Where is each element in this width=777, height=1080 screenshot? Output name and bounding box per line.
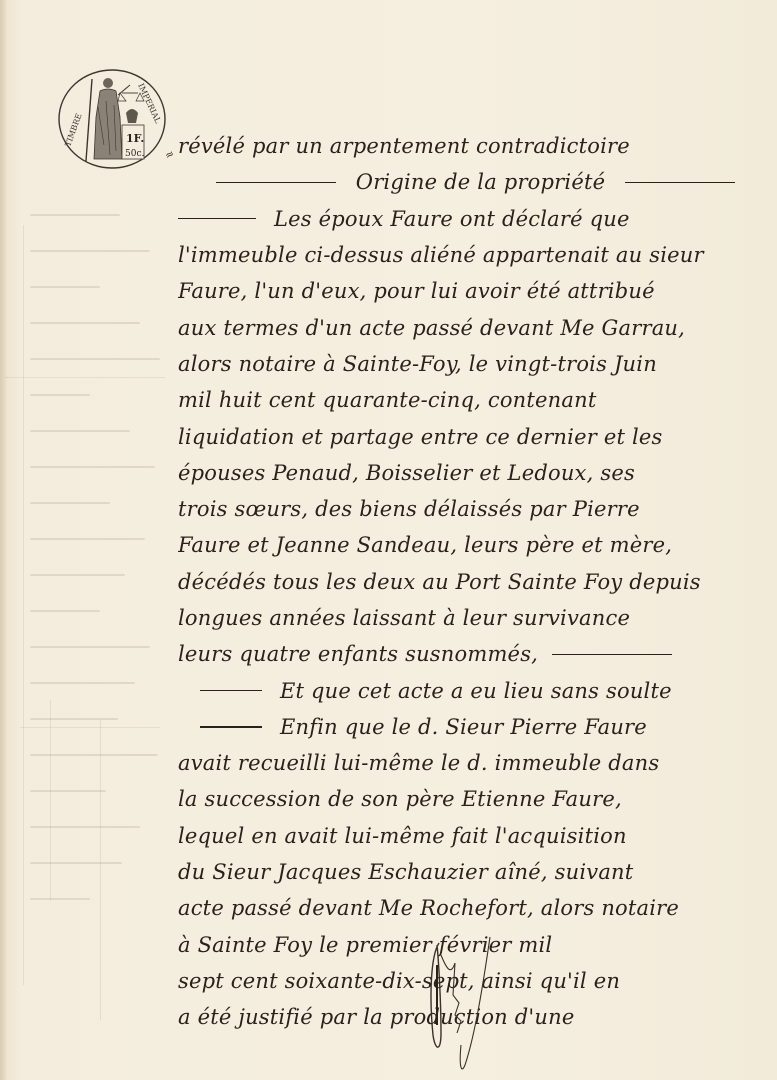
- text-line: révélé par un arpentement contradictoire: [178, 128, 773, 164]
- line-text: Faure et Jeanne Sandeau, leurs père et m…: [178, 527, 672, 563]
- stamp-value-centimes: 50c.: [125, 149, 144, 159]
- line-text: mil huit cent quarante-cinq, contenant: [178, 382, 596, 418]
- faint-rule: [100, 720, 101, 1020]
- stamp-value-francs: 1F.: [126, 132, 144, 145]
- faint-rule: [50, 700, 51, 900]
- stamp-seal-icon: TIMBRE IMPERIAL 1F. 50c.: [56, 67, 168, 171]
- line-text: avait recueilli lui-même le d. immeuble …: [178, 745, 659, 781]
- line-text: aux termes d'un acte passé devant Me Gar…: [178, 310, 685, 346]
- line-text: Enfin que le d. Sieur Pierre Faure: [280, 709, 647, 745]
- signature-paraph: [425, 925, 505, 1070]
- stamp-text-imperial: IMPERIAL: [136, 82, 163, 125]
- text-line: décédés tous les deux au Port Sainte Foy…: [178, 564, 773, 600]
- text-line: Faure et Jeanne Sandeau, leurs père et m…: [178, 527, 773, 563]
- text-line: épouses Penaud, Boisselier et Ledoux, se…: [178, 455, 773, 491]
- line-text: la succession de son père Etienne Faure,: [178, 781, 622, 817]
- dash-rule: [552, 654, 672, 656]
- heading-text: Origine de la propriété: [356, 164, 605, 200]
- dash-rule: [625, 182, 735, 184]
- line-text: sept cent soixante-dix-sept, ainsi qu'il…: [178, 963, 620, 999]
- faint-rule: [5, 377, 165, 378]
- text-line: la succession de son père Etienne Faure,: [178, 781, 773, 817]
- line-text: Et que cet acte a eu lieu sans soulte: [280, 673, 672, 709]
- line-text: révélé par un arpentement contradictoire: [178, 128, 630, 164]
- text-line: alors notaire à Sainte-Foy, le vingt-tro…: [178, 346, 773, 382]
- line-text: Les époux Faure ont déclaré que: [274, 201, 630, 237]
- section-heading: Origine de la propriété: [178, 164, 773, 200]
- text-line: liquidation et partage entre ce dernier …: [178, 418, 773, 454]
- text-line: Faure, l'un d'eux, pour lui avoir été at…: [178, 273, 773, 309]
- line-text: du Sieur Jacques Eschauzier aîné, suivan…: [178, 854, 633, 890]
- line-text: épouses Penaud, Boisselier et Ledoux, se…: [178, 455, 635, 491]
- text-line: acte passé devant Me Rochefort, alors no…: [178, 890, 773, 926]
- line-text: acte passé devant Me Rochefort, alors no…: [178, 890, 679, 926]
- line-text: longues années laissant à leur survivanc…: [178, 600, 630, 636]
- line-text: a été justifié par la production d'une: [178, 999, 574, 1035]
- faint-rule: [20, 727, 160, 728]
- line-text: l'immeuble ci-dessus aliéné appartenait …: [178, 237, 704, 273]
- handwritten-text-body: révélé par un arpentement contradictoire…: [178, 128, 773, 1035]
- text-line: trois sœurs, des biens délaissés par Pie…: [178, 491, 773, 527]
- text-line: avait recueilli lui-même le d. immeuble …: [178, 745, 773, 781]
- text-line: l'immeuble ci-dessus aliéné appartenait …: [178, 237, 773, 273]
- dash-rule: [178, 218, 256, 220]
- text-line: Et que cet acte a eu lieu sans soulte: [178, 672, 773, 708]
- text-line: Les époux Faure ont déclaré que: [178, 201, 773, 237]
- text-line: Enfin que le d. Sieur Pierre Faure: [178, 709, 773, 745]
- text-line: leurs quatre enfants susnommés,: [178, 636, 773, 672]
- line-text: lequel en avait lui-même fait l'acquisit…: [178, 818, 627, 854]
- text-line: longues années laissant à leur survivanc…: [178, 600, 773, 636]
- dash-rule: [216, 182, 336, 184]
- text-line: aux termes d'un acte passé devant Me Gar…: [178, 309, 773, 345]
- line-text: décédés tous les deux au Port Sainte Foy…: [178, 564, 701, 600]
- faint-rule: [23, 225, 24, 985]
- line-text: trois sœurs, des biens délaissés par Pie…: [178, 491, 640, 527]
- signature-icon: [425, 925, 505, 1070]
- imperial-tax-stamp: TIMBRE IMPERIAL 1F. 50c.: [56, 67, 168, 171]
- line-text: liquidation et partage entre ce dernier …: [178, 419, 662, 455]
- dash-rule: [200, 726, 262, 728]
- line-text: Faure, l'un d'eux, pour lui avoir été at…: [178, 273, 655, 309]
- text-line: du Sieur Jacques Eschauzier aîné, suivan…: [178, 854, 773, 890]
- line-text: alors notaire à Sainte-Foy, le vingt-tro…: [178, 346, 657, 382]
- text-line: lequel en avait lui-même fait l'acquisit…: [178, 818, 773, 854]
- document-page: TIMBRE IMPERIAL 1F. 50c. ≈ révélé par un…: [0, 0, 777, 1080]
- line-text: leurs quatre enfants susnommés,: [178, 636, 538, 672]
- dash-rule: [200, 690, 262, 692]
- text-line: mil huit cent quarante-cinq, contenant: [178, 382, 773, 418]
- stamp-text-timbre: TIMBRE: [63, 112, 83, 148]
- bleed-through-text: [20, 180, 170, 980]
